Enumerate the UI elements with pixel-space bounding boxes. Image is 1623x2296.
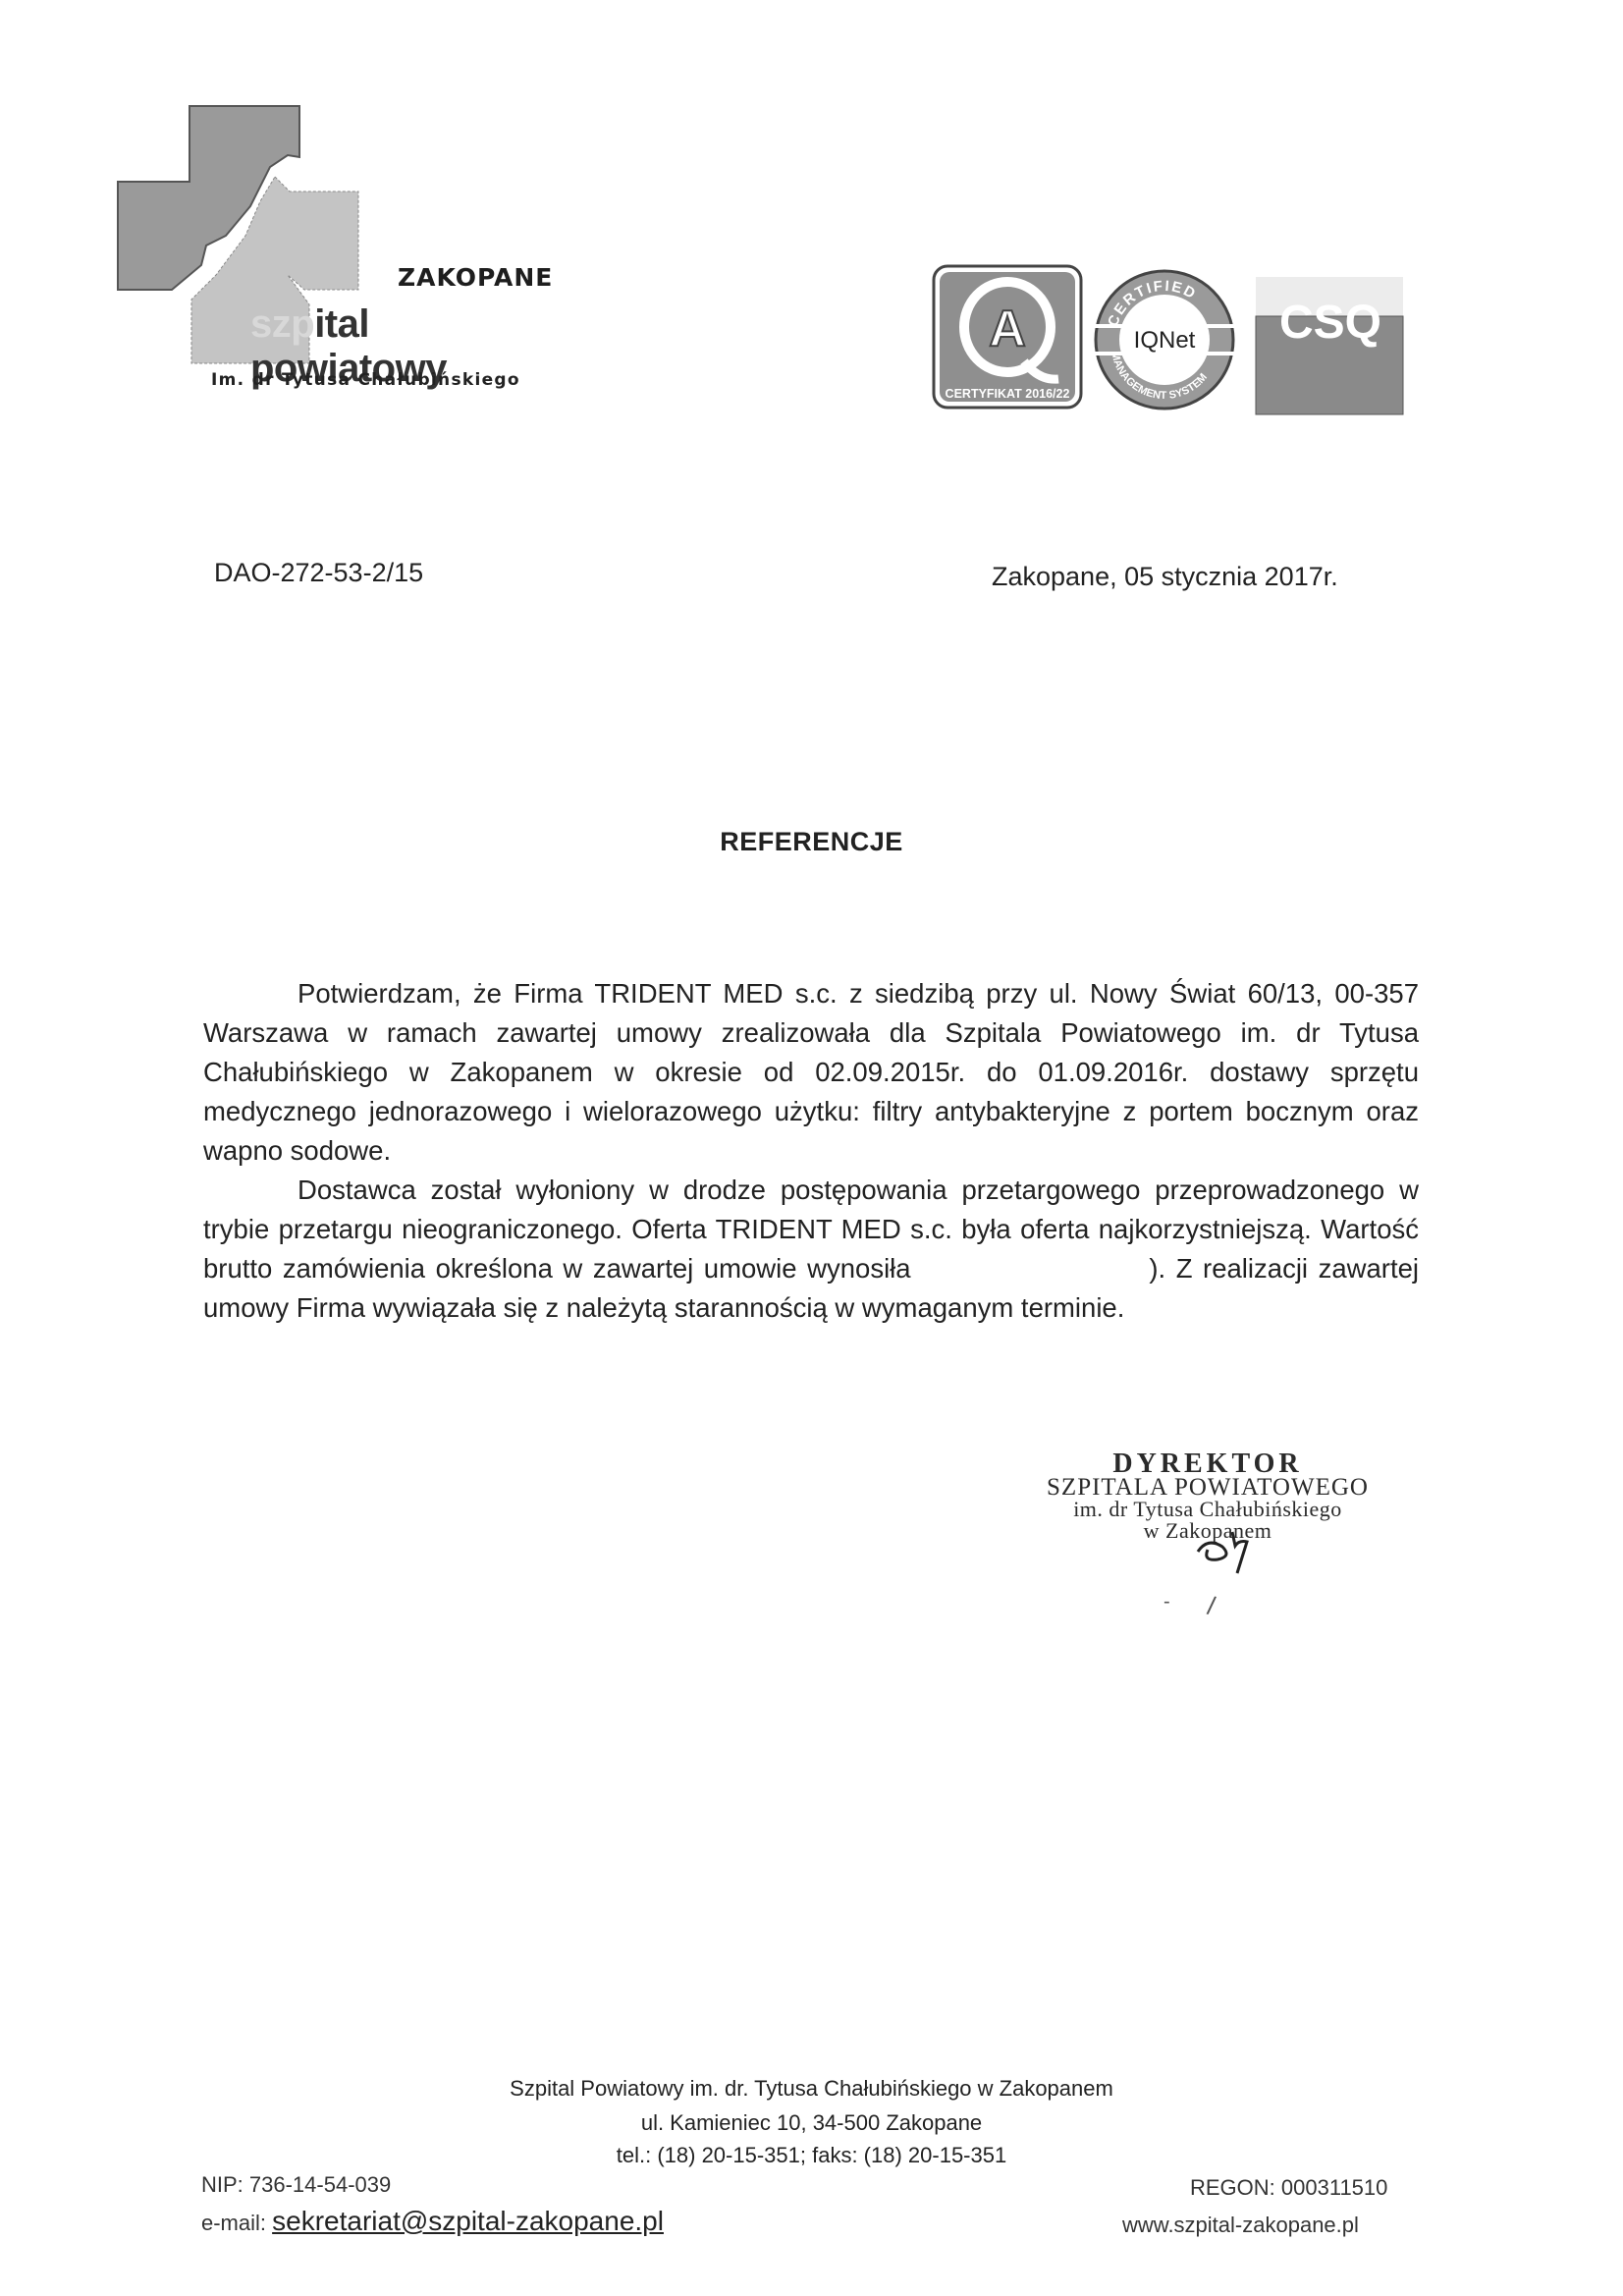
hospital-logo: ZAKOPANE szpital powiatowy Im. dr Tytusa… [113, 98, 545, 393]
body-paragraph-1: Potwierdzam, że Firma TRIDENT MED s.c. z… [203, 974, 1419, 1171]
place-and-date: Zakopane, 05 stycznia 2017r. [992, 562, 1338, 592]
iqnet-certificate-icon: CERTIFIED IQNet MANAGEMENT SYSTEM [1092, 267, 1237, 412]
footer-nip: NIP: 736-14-54-039 [201, 2172, 391, 2198]
stamp-line-1: SZPITALA POWIATOWEGO [1011, 1477, 1404, 1499]
aq-certificate-icon: A CERTYFIKAT 2016/22 [931, 263, 1084, 410]
svg-text:CSQ: CSQ [1279, 297, 1381, 349]
footer-email: e-mail: sekretariat@szpital-zakopane.pl [201, 2206, 664, 2237]
svg-text:IQNet: IQNet [1134, 327, 1196, 354]
logo-city: ZAKOPANE [398, 263, 553, 292]
footer-phone: tel.: (18) 20-15-351; faks: (18) 20-15-3… [0, 2139, 1623, 2171]
handwritten-signature-icon [1178, 1512, 1296, 1581]
csq-certificate-badge: CSQ [1252, 267, 1409, 416]
ink-mark: / [1205, 1591, 1217, 1622]
body-paragraph-2: Dostawca został wyłoniony w drodze postę… [203, 1171, 1419, 1328]
csq-certificate-icon: CSQ [1252, 267, 1409, 416]
document-title: REFERENCJE [0, 827, 1623, 857]
footer-website[interactable]: www.szpital-zakopane.pl [1122, 2213, 1359, 2238]
logo-subtitle: Im. dr Tytusa Chałubińskiego [211, 370, 520, 390]
iqnet-certificate-badge: CERTIFIED IQNet MANAGEMENT SYSTEM [1092, 267, 1237, 412]
reference-number: DAO-272-53-2/15 [214, 558, 423, 588]
svg-text:CERTYFIKAT 2016/22: CERTYFIKAT 2016/22 [946, 387, 1070, 401]
footer-address: ul. Kamieniec 10, 34-500 Zakopane [0, 2106, 1623, 2139]
footer-regon: REGON: 000311510 [1190, 2175, 1387, 2201]
email-label: e-mail: [201, 2211, 272, 2235]
svg-text:A: A [989, 301, 1026, 357]
footer-institution: Szpital Powiatowy im. dr. Tytusa Chałubi… [0, 2072, 1623, 2105]
email-link[interactable]: sekretariat@szpital-zakopane.pl [272, 2206, 664, 2236]
aq-certificate-badge: A CERTYFIKAT 2016/22 [931, 263, 1084, 410]
ink-mark: - [1163, 1591, 1170, 1613]
